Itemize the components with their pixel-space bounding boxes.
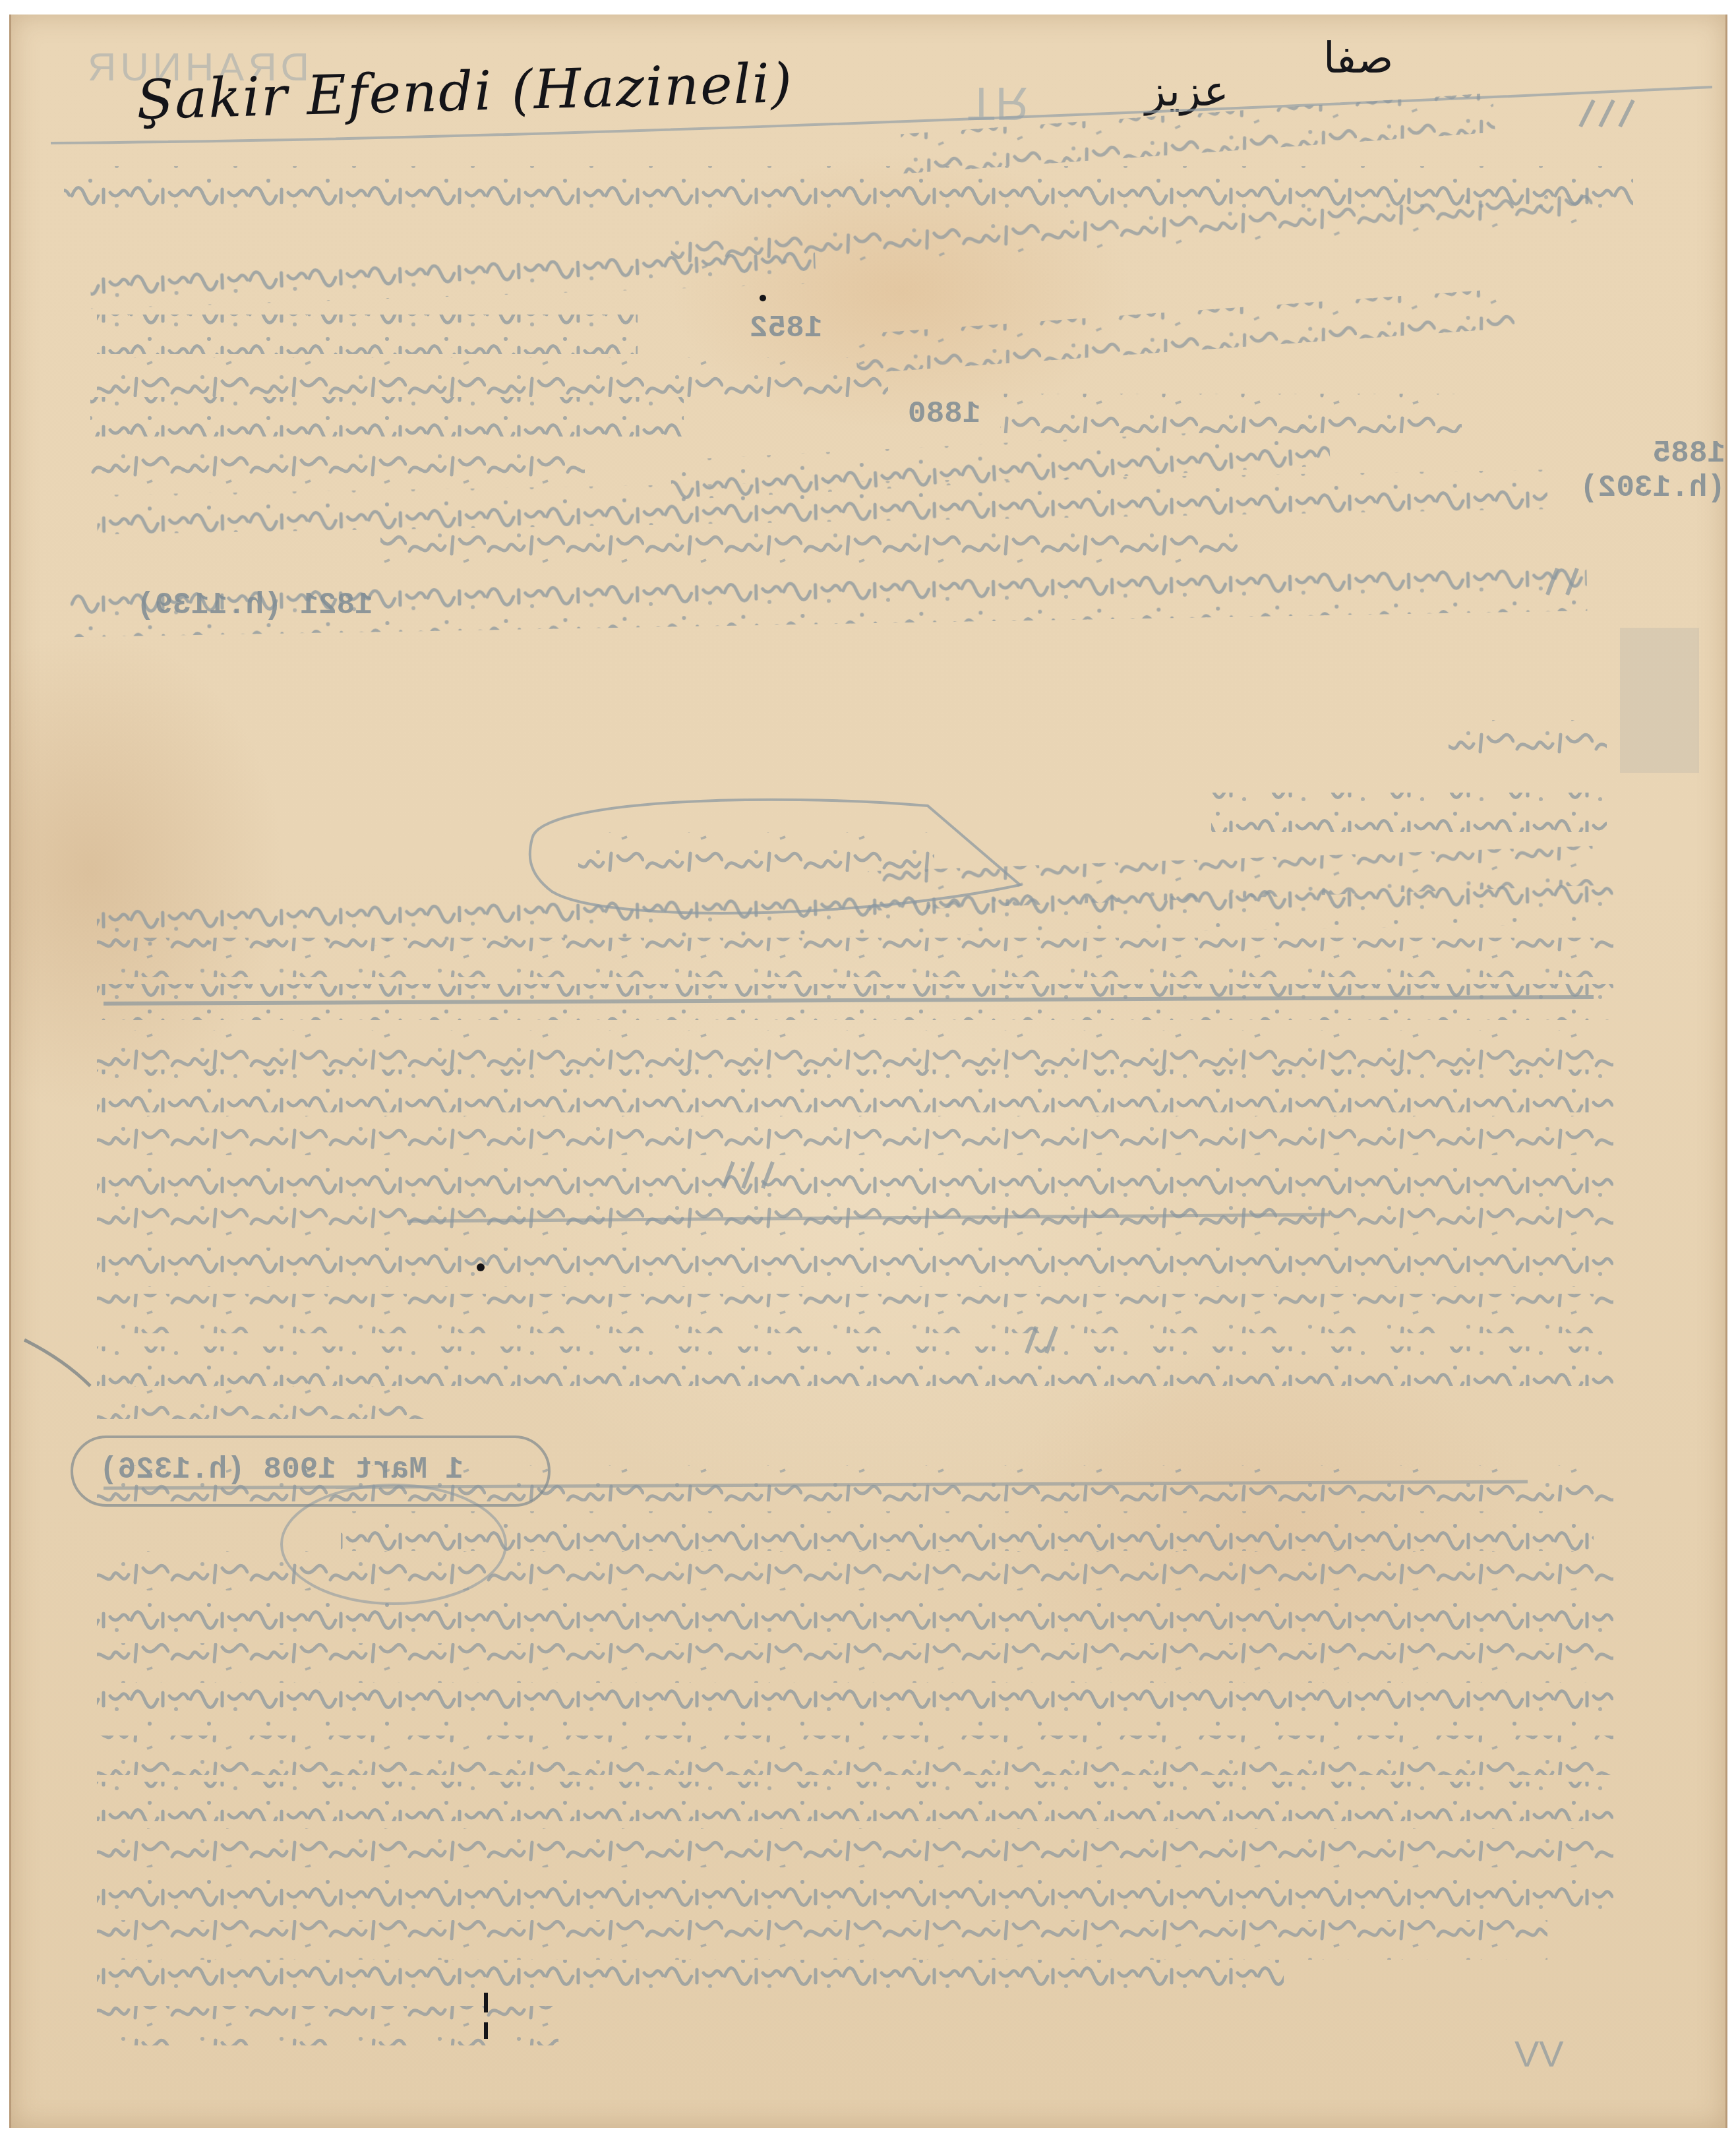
date-annotation-1821: 1821 (h.1139)	[136, 588, 373, 622]
shorthand-script	[11, 15, 1725, 2128]
circled-date-annotation: 1 Mart 1908 (h.1326)	[71, 1435, 551, 1507]
date-annotation-1885: 1885 (h.1302)	[1521, 437, 1725, 505]
manuscript-page: DRAHNUR TR Şakir Efendi (Hazineli) عزیز …	[9, 15, 1727, 2128]
date-annotation-1908: 1 Mart 1908 (h.1326)	[100, 1453, 464, 1487]
date-annotation-1852: 1852	[750, 311, 822, 346]
folio-mark: VV	[1514, 2032, 1564, 2075]
date-annotation-1880: 1880	[908, 397, 980, 431]
